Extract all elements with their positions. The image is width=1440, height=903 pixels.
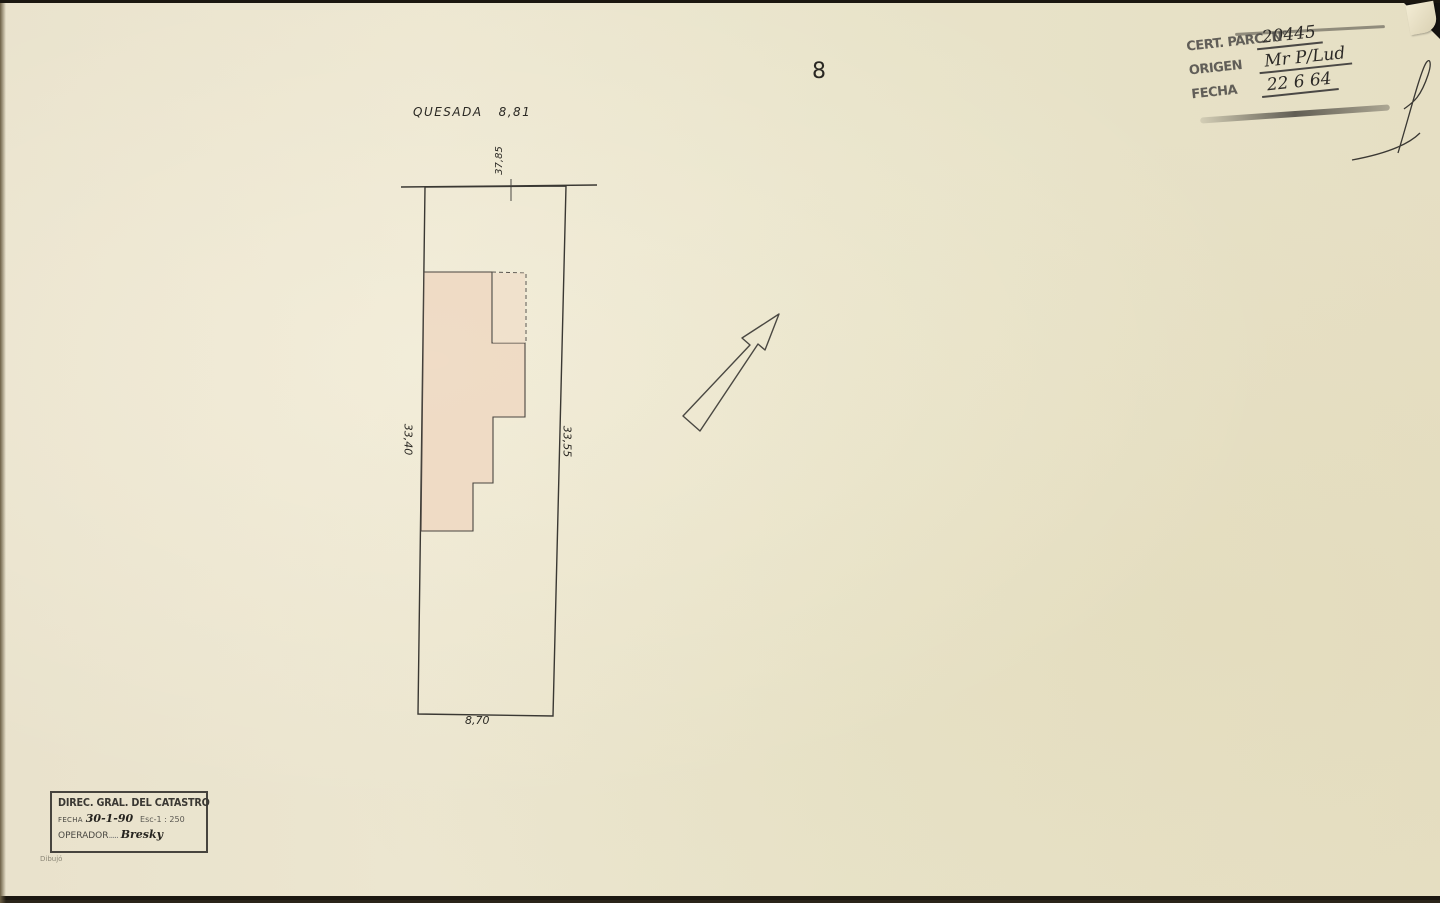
cadastre-stamp-title: DIREC. GRAL. DEL CATASTRO [58, 797, 189, 809]
cadastre-fecha-label: FECHA [58, 816, 83, 824]
cadastre-stamp-fecha-line: FECHA 30-1-90 Esc-1 : 250 [58, 812, 200, 825]
dibujo-label: Dibujó [40, 855, 62, 863]
dimension-back: 8,70 [465, 714, 490, 727]
stamp-fecha-label: FECHA [1191, 80, 1262, 102]
cadastre-stamp-operador-line: OPERADOR..... Bresky [58, 828, 200, 841]
dimension-left-side: 33,40 [401, 424, 414, 456]
cadastre-operador-label: OPERADOR [58, 831, 109, 841]
cadastre-stamp: DIREC. GRAL. DEL CATASTRO FECHA 30-1-90 … [50, 791, 208, 853]
cadastre-operador-dots: ..... [109, 831, 118, 841]
document-sheet: 8 QUESADA8,81 37,85 33,40 33,55 8,70 CER… [0, 0, 1440, 900]
dimension-right-side: 33,55 [560, 426, 573, 458]
cadastre-operador-value: Bresky [121, 828, 163, 841]
dimension-corner-distance: 37,85 [494, 146, 505, 175]
north-arrow-icon [683, 314, 779, 431]
cadastre-scale: Esc-1 : 250 [140, 815, 185, 824]
plot-drawing [0, 3, 1440, 900]
stamp-cert-label: CERT. PARC. N° [1186, 32, 1257, 54]
stamp-origen-label: ORIGEN [1188, 56, 1259, 78]
cadastre-fecha-value: 30-1-90 [86, 812, 133, 825]
building-annex [493, 273, 525, 343]
